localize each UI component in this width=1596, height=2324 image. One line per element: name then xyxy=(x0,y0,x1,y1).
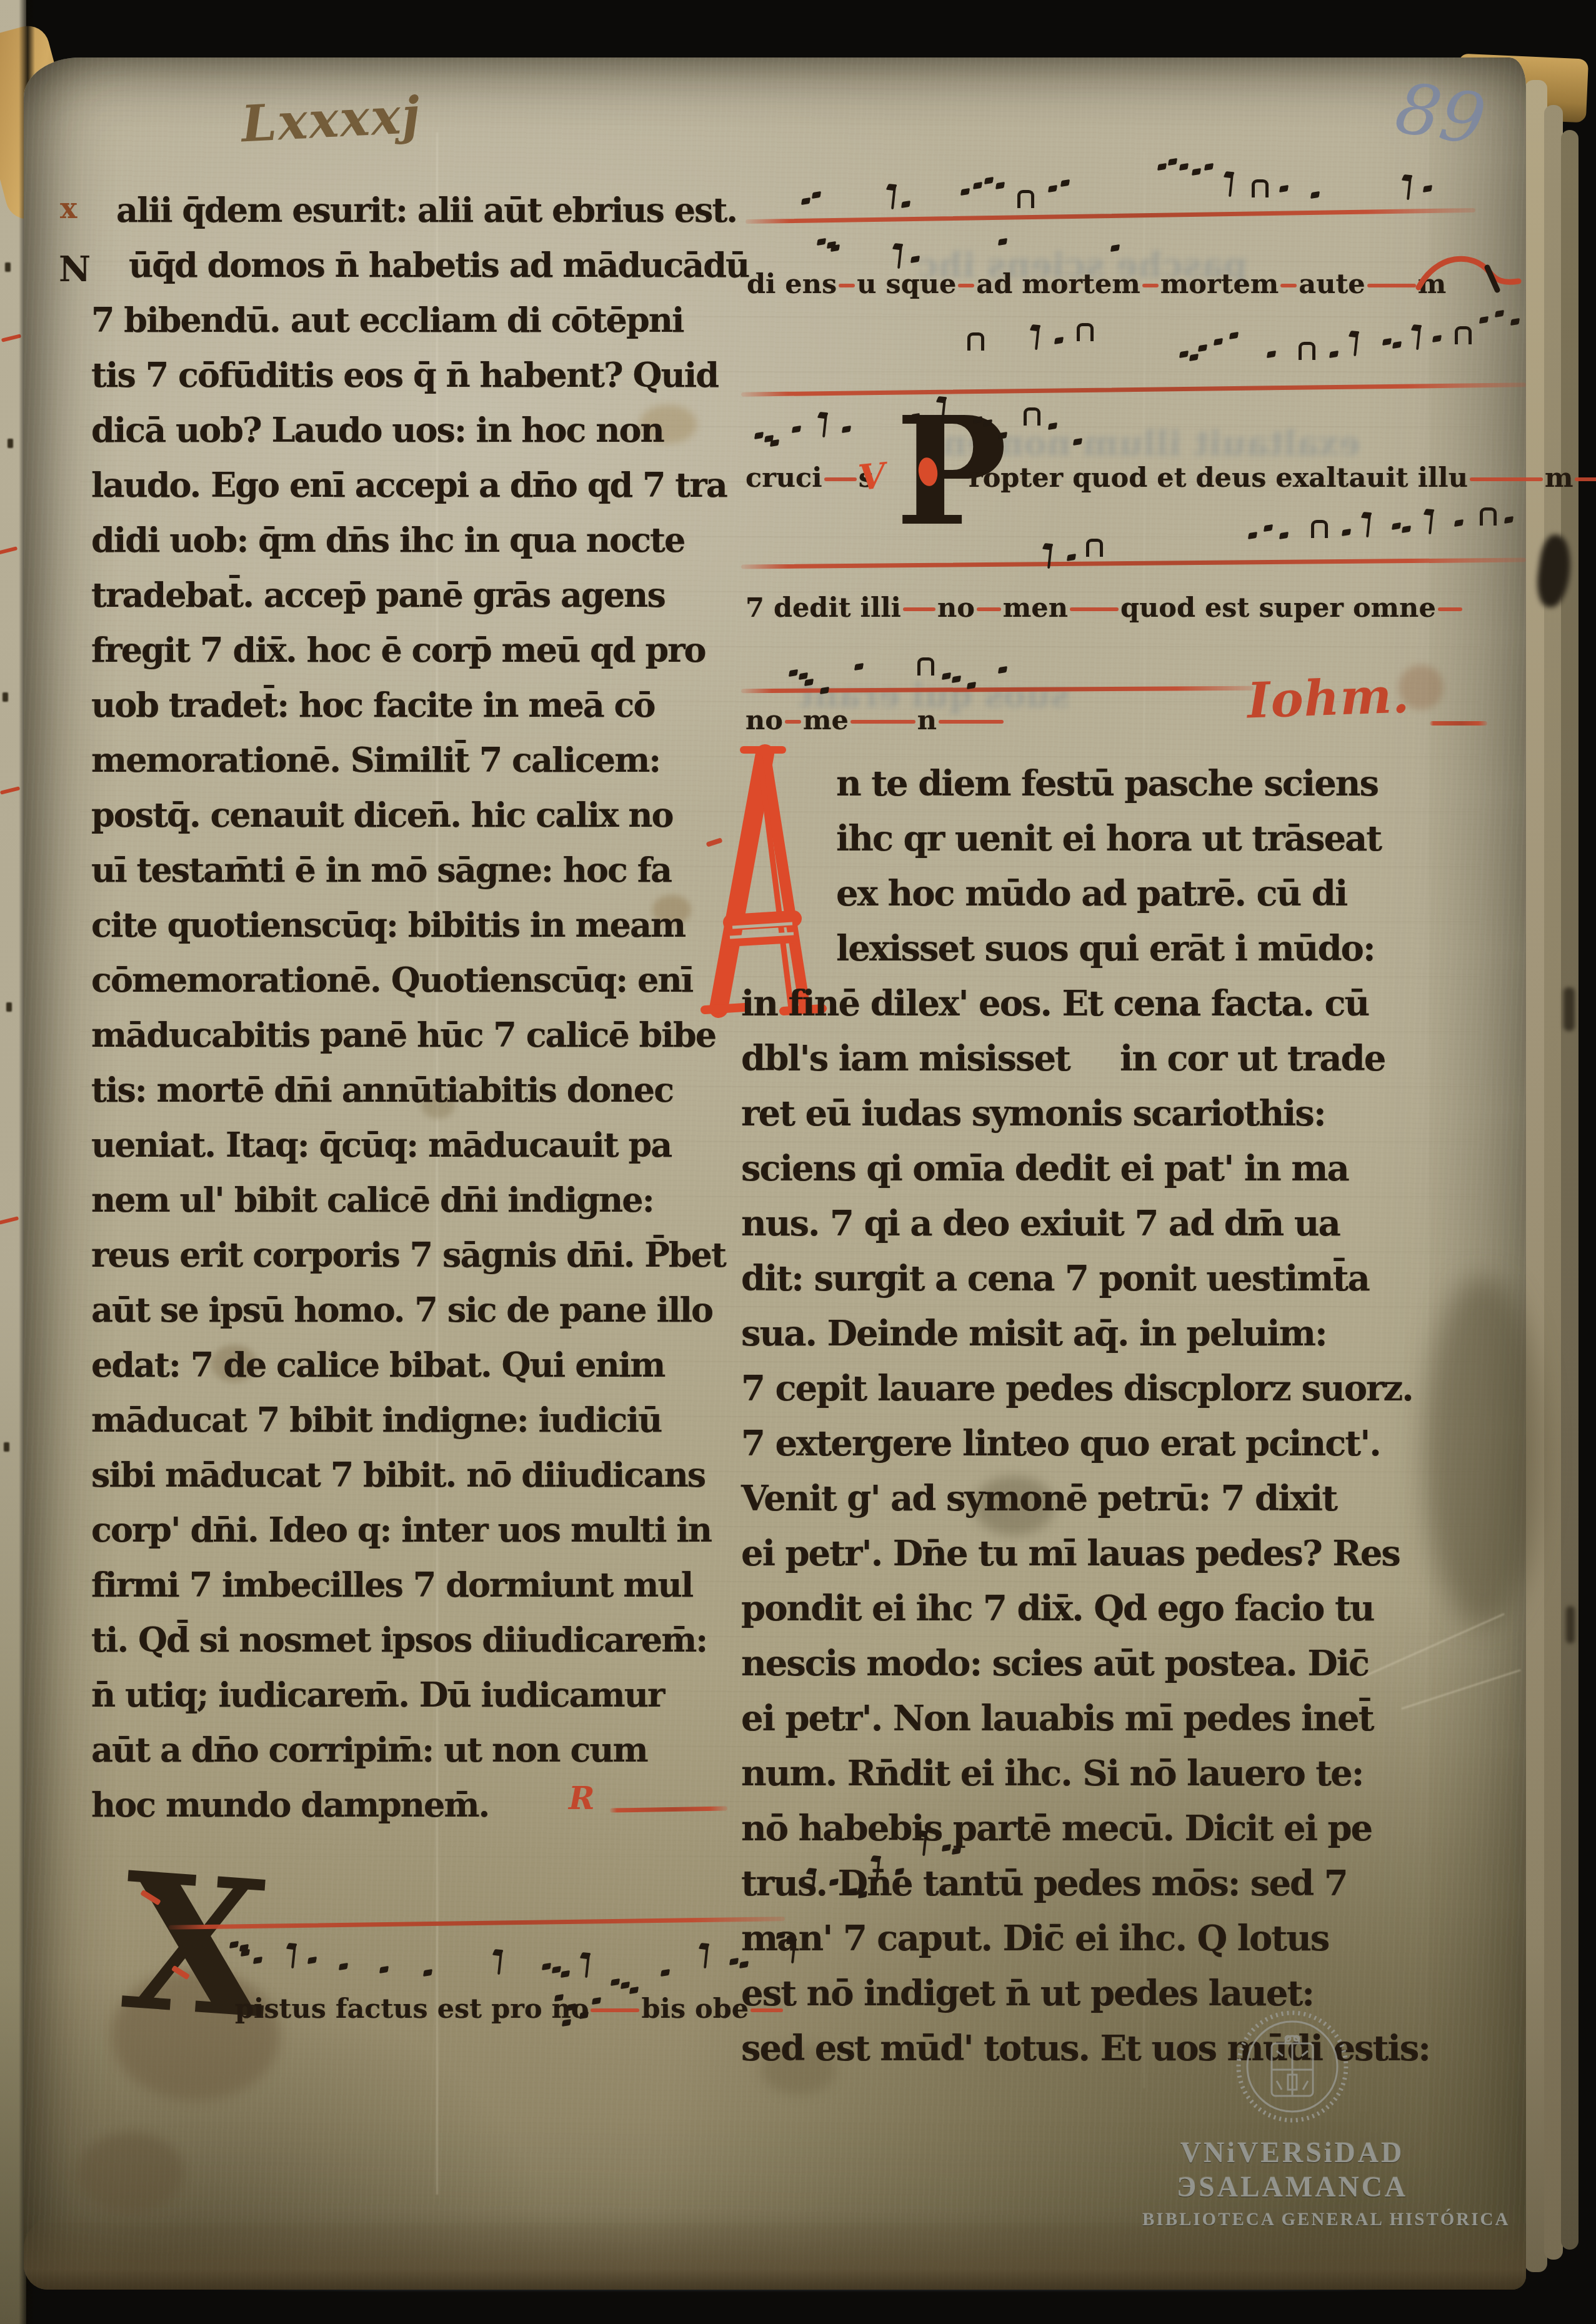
text-line: pondit ei ihc 7 dix̄. Qd ego facio tu xyxy=(741,1581,1516,1636)
neume-mark xyxy=(1035,326,1040,350)
text-line: aūt a dn̄o corripim̄: ut non cum xyxy=(91,1722,729,1777)
text-line: nus. 7 qi a deo exiuit 7 ad dm̄ ua xyxy=(741,1196,1516,1251)
neume-mark xyxy=(1248,532,1257,539)
neume-mark xyxy=(542,1963,551,1970)
neume-mark xyxy=(792,426,801,433)
text-line: uob tradet̄: hoc facite in meā cō xyxy=(91,677,729,732)
text-line: cōmemorationē. Quotienscūq: enī xyxy=(91,952,729,1007)
text-line: Venit g' ad symonē petrū: 7 dixit xyxy=(741,1471,1516,1526)
neume-mark xyxy=(497,1951,502,1975)
text-line: didi uob: q̄m dn̄s ihc in qua nocte xyxy=(91,512,729,567)
neume-mark xyxy=(1067,554,1076,561)
neume-mark xyxy=(973,182,982,189)
facing-page-ink-mark xyxy=(7,439,13,448)
text-line: num. Rn̄dit ei ihc. Si nō lauero te: xyxy=(741,1746,1516,1801)
text-line: man' 7 caput. Dic̄ ei ihc. Q lotus xyxy=(741,1911,1516,1966)
neume-mark xyxy=(1204,163,1214,171)
neume-mark xyxy=(817,238,826,246)
neume-mark xyxy=(842,426,851,433)
neume-mark xyxy=(770,439,779,447)
neume-mark xyxy=(917,657,934,676)
text-line: sua. Deinde misit aq̄. in peluim: xyxy=(741,1306,1516,1361)
text-line: nō habebis partē mecū. Dicit ei pe xyxy=(741,1801,1516,1856)
text-line: māducat 7 bibit indigne: iudiciū xyxy=(91,1392,729,1447)
neume-mark xyxy=(830,244,840,252)
text-line: alii q̄dem esurit: alii aūt ebrius est. xyxy=(91,182,729,237)
text-line: nescis modo: scies aūt postea. Dic̄ xyxy=(741,1636,1516,1691)
neume-mark xyxy=(1479,316,1489,324)
text-line: tradebat̄. accep̄ panē grās agens xyxy=(91,567,729,622)
neume-mark xyxy=(1510,318,1520,326)
neume-mark xyxy=(1392,341,1402,349)
red-curl-flourish xyxy=(1415,249,1522,304)
neume-mark xyxy=(307,1957,317,1964)
text-line: postq̄. cenauit dicen̄. hic calix no xyxy=(91,787,729,842)
neume-mark xyxy=(897,245,902,269)
neume-mark xyxy=(1279,185,1289,192)
stamp-university-name-2: ЭSALAMANCA xyxy=(1142,2170,1442,2203)
text-line: in finē dilex' eos. Et cena facta. cū xyxy=(741,976,1516,1031)
staff-red-line xyxy=(741,558,1526,569)
chant-lyric-line: 7 dedit illinomenquod est super omne xyxy=(746,592,1464,624)
neume-mark xyxy=(561,1970,570,1978)
neume-mark xyxy=(1310,191,1320,199)
neume-mark xyxy=(1048,185,1057,192)
neume-mark xyxy=(1432,335,1442,342)
text-line: cite quotienscūq: bibitis in meam xyxy=(91,897,729,952)
left-text-column: alii q̄dem esurit: alii aūt ebrius est.… xyxy=(91,182,729,1832)
neume-mark xyxy=(729,1958,739,1965)
text-line: hoc mundo dampnem̄. xyxy=(91,1777,729,1832)
fore-edge-mark xyxy=(1566,1606,1575,1643)
neume-mark xyxy=(1017,190,1034,208)
neume-mark xyxy=(967,332,984,351)
facing-page-ink-mark xyxy=(6,1002,12,1012)
text-line: 7 bibendū. aut eccliam di cōtēpni xyxy=(91,292,729,347)
neume-mark xyxy=(812,191,821,199)
neume-mark xyxy=(1454,519,1464,527)
folio-number-roman: Lxxxxj xyxy=(240,86,423,154)
neume-mark xyxy=(1329,351,1339,358)
neume-mark xyxy=(1311,520,1328,538)
facing-page-red-line xyxy=(0,1216,19,1225)
gospel-text-column: in finē dilex' eos. Et cena facta. cūd… xyxy=(741,976,1516,2076)
fore-edge-leaf xyxy=(1561,130,1579,2250)
versicle-mark: V xyxy=(857,455,888,499)
chant-lyric-segment: crucis xyxy=(746,462,874,494)
neume-mark xyxy=(1060,179,1070,187)
manuscript-photo: { "page_meta": { "folio_roman": "Lxxxxj"… xyxy=(0,0,1596,2324)
text-line: ei petr'. Dn̄e tu mī lauas pedes? Res xyxy=(741,1526,1516,1581)
text-line: edat: 7 de calice bibat. Qui enim xyxy=(91,1337,729,1392)
facing-page-ink-mark xyxy=(2,692,8,702)
text-line: ueniat. Itaq: q̄cūq: māducauit pa xyxy=(91,1117,729,1172)
neume-mark xyxy=(1054,337,1064,344)
neume-mark xyxy=(1192,168,1201,176)
text-line: ex hoc mūdo ad patrē. cū di xyxy=(836,866,1499,921)
text-line: 7 cepit lauare pedes discplorz suorz. xyxy=(741,1361,1516,1416)
neume-mark xyxy=(1366,514,1371,537)
margin-initial-N: N xyxy=(59,249,91,290)
text-line: dicā uob? Laudo uos: in hoc non xyxy=(91,402,729,457)
neume-mark xyxy=(1429,511,1434,534)
neume-mark xyxy=(1495,310,1504,317)
neume-mark xyxy=(1179,351,1189,358)
text-line: ūq̄d domos n̄ habetis ad māducādū xyxy=(91,237,729,292)
neume-mark xyxy=(1179,163,1189,171)
neume-mark xyxy=(1086,539,1103,557)
text-line: ihc qr uenit ei hora ut trāseat xyxy=(836,811,1499,866)
text-line: sciens qi omīa dedit ei pat' in ma xyxy=(741,1141,1516,1196)
text-line: 7 extergere linteo quo erat pcinct'. xyxy=(741,1416,1516,1471)
neume-mark xyxy=(585,1954,590,1978)
neume-mark xyxy=(854,663,864,671)
facing-page-red-line xyxy=(0,786,20,795)
neume-mark xyxy=(1024,407,1040,426)
neume-mark xyxy=(1189,354,1199,361)
stamp-university-name: VNiVERSiDAD xyxy=(1142,2136,1442,2169)
neume-mark xyxy=(1267,351,1276,358)
neume-mark xyxy=(1214,338,1223,346)
neume-mark xyxy=(998,666,1007,674)
neume-mark xyxy=(1229,173,1234,197)
neume-mark xyxy=(960,188,970,196)
text-line: dit: surgit a cena 7 ponit uestimt̄a xyxy=(741,1251,1516,1306)
facing-page-ink-mark xyxy=(4,1442,9,1452)
stamp-library-name: BIBLIOTECA GENERAL HISTÓRICA xyxy=(1142,2210,1442,2230)
neume-mark xyxy=(995,182,1005,189)
text-line: trus. Dn̄e tantū pedes mōs: sed 7 xyxy=(741,1856,1516,1911)
text-line: corp' dn̄i. Ideo q: inter uos multi in xyxy=(91,1502,729,1557)
neume-mark xyxy=(754,432,764,439)
neume-mark xyxy=(822,414,827,437)
text-line: tis 7 cōfūditis eos q̄ n̄ habent? Quid xyxy=(91,347,729,402)
neume-mark xyxy=(1264,524,1273,532)
fore-edge-mark xyxy=(1564,987,1575,1031)
text-line: aūt se ipsū homo. 7 sic de pane illo xyxy=(91,1282,729,1337)
neume-mark xyxy=(1279,532,1289,539)
neume-mark xyxy=(621,1982,630,1989)
staff-red-line xyxy=(746,208,1475,224)
facing-page-red-line xyxy=(0,546,17,555)
neume-mark xyxy=(801,197,810,205)
neume-mark xyxy=(661,1969,670,1977)
text-line: n te diem festū pasche sciens xyxy=(836,756,1499,811)
facing-page-ink-mark xyxy=(5,262,11,272)
text-line: fregit 7 dix̄. hoc ē corp̄ meū qd pro xyxy=(91,622,729,677)
neume-mark xyxy=(562,2019,571,2027)
neume-mark xyxy=(423,1969,432,1977)
neume-mark xyxy=(1455,326,1472,344)
neume-mark xyxy=(611,1978,620,1986)
neume-mark xyxy=(1198,344,1207,352)
neume-mark xyxy=(1077,323,1094,341)
text-line: ret eū iudas symonis scariothis: xyxy=(741,1086,1516,1141)
neume-mark xyxy=(291,1945,296,1968)
neume-mark xyxy=(901,201,910,208)
neume-mark xyxy=(1407,176,1412,200)
chant-lyric-line: nomen xyxy=(746,705,1005,736)
neume-mark xyxy=(1402,526,1411,533)
gospel-rubric: Iohm. xyxy=(1246,667,1410,729)
text-line: nem ul' bibit calicē dn̄i indigne: xyxy=(91,1172,729,1227)
text-line: ti. Qd̄ si nosmet ipsos diiudicarem̄: xyxy=(91,1612,729,1667)
text-line: sibi māducat 7 bibit. nō diiudicans xyxy=(91,1447,729,1502)
text-line: lexisset suos qui erāt i mūdo: xyxy=(836,921,1499,976)
neume-mark xyxy=(1168,158,1177,166)
neume-mark xyxy=(1480,507,1497,526)
neume-mark xyxy=(1504,516,1514,524)
verse-initial-mark: x xyxy=(60,191,77,225)
text-line: māducabitis panē hūc 7 calicē bibe xyxy=(91,1007,729,1062)
text-line: firmi 7 imbecilles 7 dormiunt mul xyxy=(91,1557,729,1612)
neume-mark xyxy=(789,669,798,677)
staff-red-line xyxy=(741,382,1526,396)
chant-lyric-line: pistus factus est pro nobis obe xyxy=(235,1993,785,2025)
text-line: reus erit corporis 7 sāgnis dn̄i. P̄bet xyxy=(91,1227,729,1282)
text-line: n̄ utiq; iudicarem̄. Dū iudicamur xyxy=(91,1667,729,1722)
neume-mark xyxy=(379,1966,389,1973)
rubric-underline xyxy=(1430,721,1487,726)
chant-lyric-line: di ensu squead mortemmortemautem xyxy=(747,269,1446,300)
stain xyxy=(77,2132,184,2213)
text-line: laudo. Ego enī accepi a dn̄o qd 7 tra xyxy=(91,457,729,512)
neume-mark xyxy=(1342,529,1351,536)
text-line: dbl's iam misisset in cor ut trade xyxy=(741,1031,1516,1086)
neume-mark xyxy=(891,186,896,209)
page-number-pencil: 89 xyxy=(1390,67,1491,162)
text-line: tis: mortē dn̄i annūtiabitis donec xyxy=(91,1062,729,1117)
neume-mark xyxy=(1423,185,1432,192)
neume-mark xyxy=(1354,332,1359,356)
text-line: ei petr'. Non lauabis mī pedes inet̄ xyxy=(741,1691,1516,1746)
chant-lyric-segment: ropter quod et deus exaltauit illum xyxy=(969,462,1596,494)
library-stamp: VNiVERSiDAD ЭSALAMANCA BIBLIOTECA GENERA… xyxy=(1142,2007,1442,2230)
university-seal-icon xyxy=(1233,2007,1352,2126)
text-line: memorationē. Similit̄ 7 calicem: xyxy=(91,732,729,787)
response-mark: R xyxy=(569,1780,595,1817)
manuscript-page: Lxxxxj 89 pasche sciens ihc exaltauit il… xyxy=(24,57,1526,2290)
fore-edge-leaf xyxy=(1544,105,1563,2260)
neume-mark xyxy=(552,1966,561,1973)
gospel-first-lines: n te diem festū pasche sciensihc qr uen… xyxy=(836,756,1499,976)
neume-mark xyxy=(1392,522,1401,530)
neume-mark xyxy=(1229,332,1239,339)
neume-mark xyxy=(1252,179,1269,197)
neume-mark xyxy=(1157,163,1167,171)
neume-mark xyxy=(704,1945,709,1968)
neume-mark xyxy=(1382,338,1392,346)
neume-mark xyxy=(339,1963,348,1970)
neume-mark xyxy=(984,177,994,184)
neume-mark xyxy=(1299,342,1315,360)
neume-mark xyxy=(1416,326,1421,350)
text-line: uī testam̄ti ē in mō sāgne: hoc fa xyxy=(91,842,729,897)
